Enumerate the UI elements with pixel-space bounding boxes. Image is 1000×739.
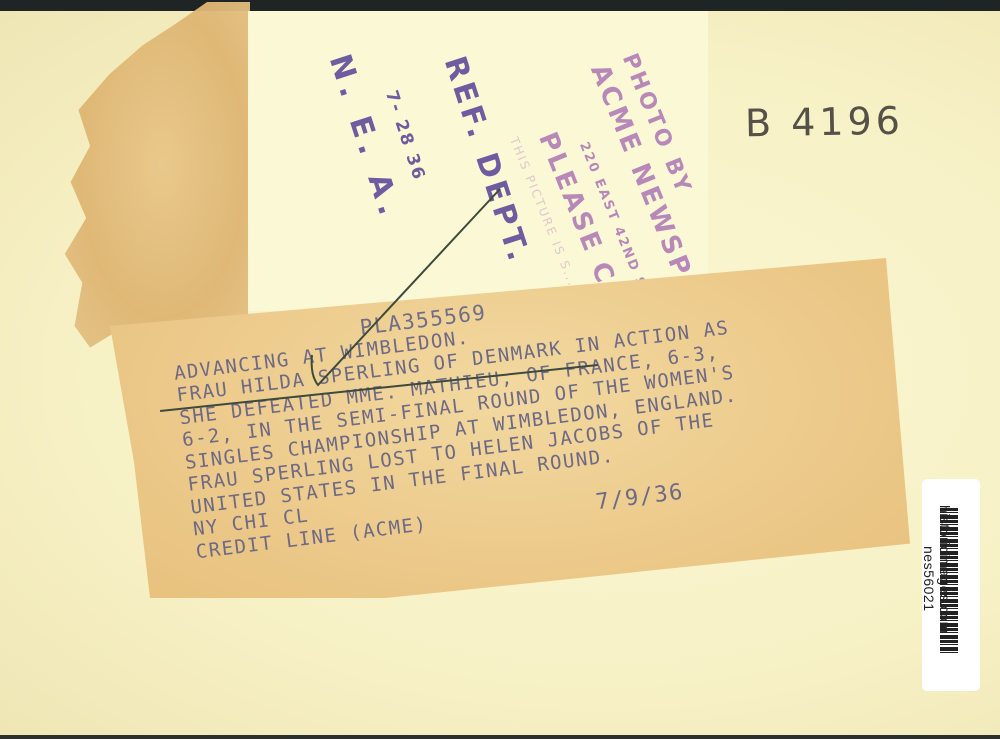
handwritten-reference: B 4196: [745, 99, 905, 146]
barcode-site-text: historicimages.com: [937, 505, 953, 634]
scan-edge: [0, 735, 1000, 739]
barcode-code-text: nes56021: [921, 546, 937, 612]
